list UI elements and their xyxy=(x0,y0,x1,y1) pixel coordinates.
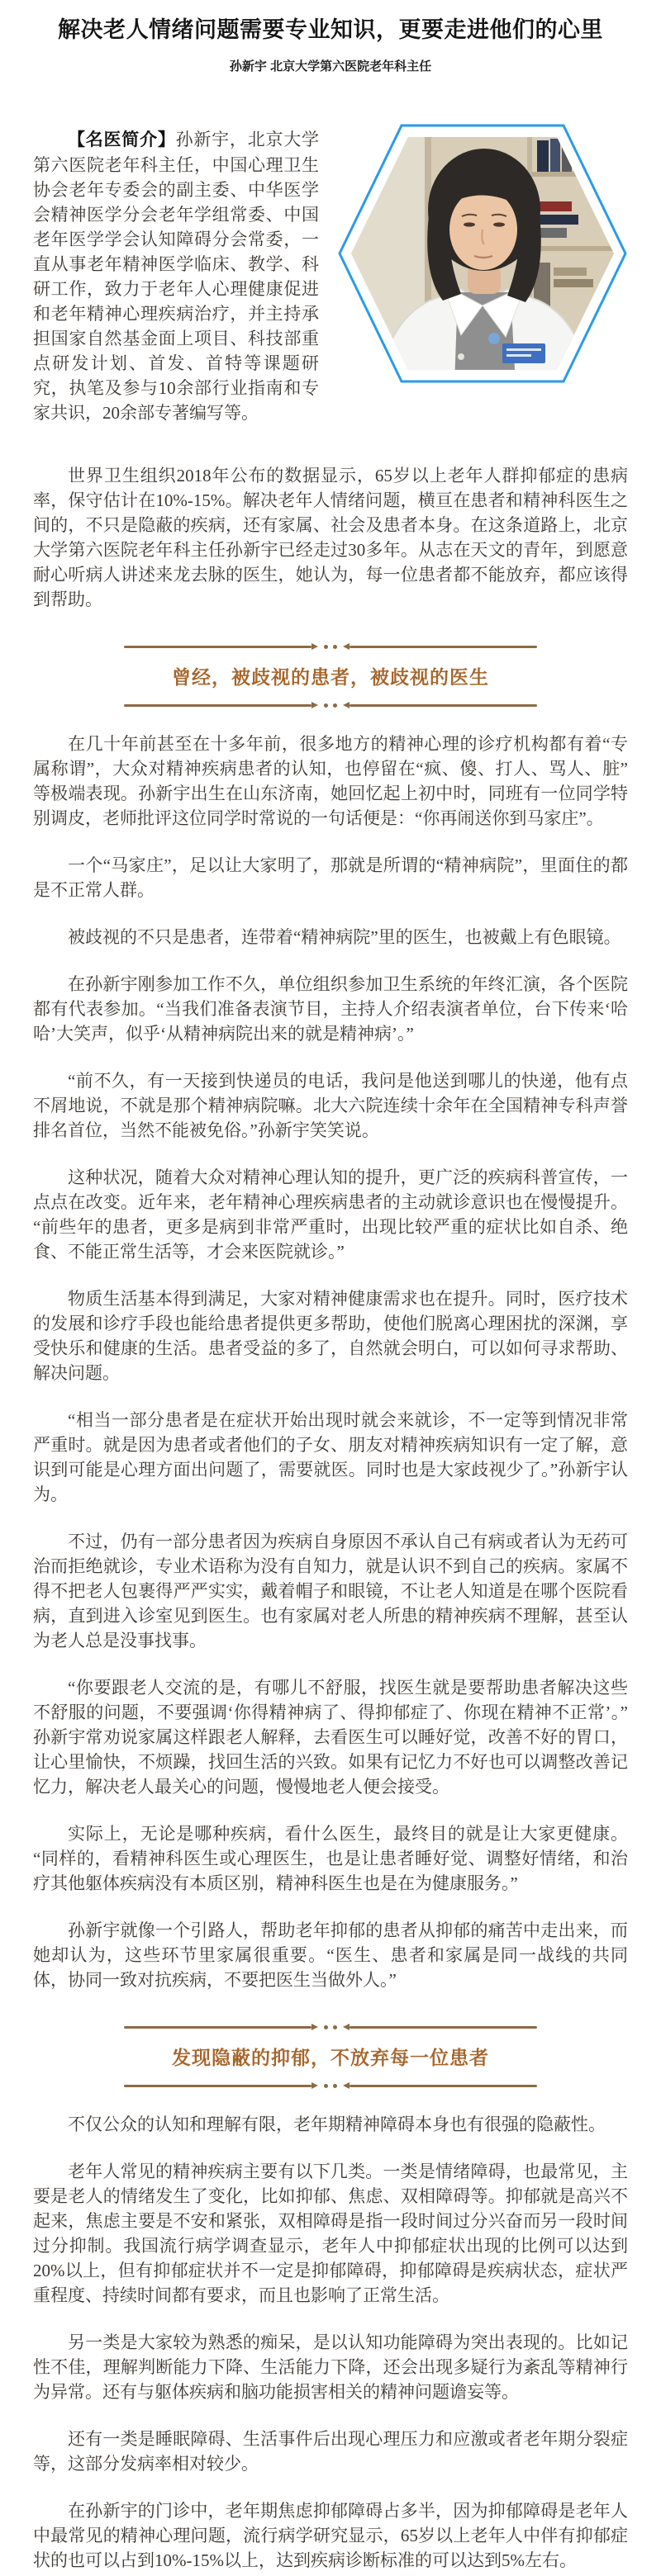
section-divider xyxy=(124,643,537,650)
page-title: 解决老人情绪问题需要专业知识，更要走进他们的心里 xyxy=(33,15,628,45)
paragraph: 物质生活基本得到满足，大家对精神健康需求也在提升。同时，医疗技术的发展和诊疗手段… xyxy=(33,1286,628,1385)
profile-bio-text: 孙新宇，北京大学第六医院老年科主任，中国心理卫生协会老年专委会的副主委、中华医学… xyxy=(33,130,319,423)
section-divider xyxy=(124,2024,537,2030)
divider-tip-icon xyxy=(311,2024,318,2030)
divider-dot-icon xyxy=(324,703,328,708)
divider-tip-icon xyxy=(343,643,350,650)
divider-dot-icon xyxy=(333,703,337,708)
paragraph: 不仅公众的认知和理解有限，老年期精神障碍本身也有很强的隐蔽性。 xyxy=(33,2112,628,2137)
portrait-illustration xyxy=(337,122,628,385)
doctor-portrait-photo xyxy=(337,122,628,385)
divider-line xyxy=(350,646,537,648)
divider-line xyxy=(350,704,537,707)
hexagon-photo-frame xyxy=(337,122,628,385)
paragraph: 在孙新宇刚参加工作不久，单位组织参加卫生系统的年终汇演，各个医院都有代表参加。“… xyxy=(33,972,628,1046)
divider-tip-icon xyxy=(343,702,350,708)
paragraph: 一个“马家庄”，足以让大家明了，那就是所谓的“精神病院”，里面住的都是不正常人群… xyxy=(33,853,628,902)
divider-line xyxy=(350,2085,537,2087)
divider-line xyxy=(124,646,311,648)
paragraph: 在孙新宇的门诊中，老年期焦虑抑郁障碍占多半，因为抑郁障碍是老年人中最常见的精神心… xyxy=(33,2498,628,2573)
paragraph: “相当一部分患者是在症状开始出现时就会来就诊，不一定等到情况非常严重时。就是因为… xyxy=(33,1408,628,1507)
section-heading-block: 发现隐蔽的抑郁，不放弃每一位患者 xyxy=(124,2024,537,2089)
divider-dot-icon xyxy=(324,2025,328,2029)
profile-label: 【名医简介】 xyxy=(68,130,176,149)
paragraph: 这种状况，随着大众对精神心理认知的提升，更广泛的疾病科普宣传，一点点在改变。近年… xyxy=(33,1165,628,1264)
section-title: 曾经，被歧视的患者，被歧视的医生 xyxy=(124,662,537,689)
paragraph: 老年人常见的精神疾病主要有以下几类。一类是情绪障碍，也最常见，主要是老人的情绪发… xyxy=(33,2159,628,2308)
paragraph: “你要跟老人交流的是，有哪儿不舒服，找医生就是要帮助患者解决这些不舒服的问题，不… xyxy=(33,1675,628,1799)
divider-tip-icon xyxy=(311,2082,318,2089)
article-page: { "page": { "title": "解决老人情绪问题需要专业知识，更要走… xyxy=(0,0,661,2576)
section-divider xyxy=(124,2082,537,2089)
article-body: 世界卫生组织2018年公布的数据显示，65岁以上老年人群抑郁症的患病率，保守估计… xyxy=(33,463,628,2573)
paragraph: 在几十年前甚至在十多年前，很多地方的精神心理的诊疗机构都有着“专属称谓”，大众对… xyxy=(33,732,628,831)
paragraph: 不过，仍有一部分患者因为疾病自身原因不承认自己有病或者认为无药可治而拒绝就诊，专… xyxy=(33,1529,628,1653)
divider-line xyxy=(124,2085,311,2087)
paragraph: “前不久，有一天接到快递员的电话，我问是他送到哪儿的快递，他有点不屑地说，不就是… xyxy=(33,1068,628,1143)
paragraph: 还有一类是睡眠障碍、生活事件后出现心理压力和应激或者老年期分裂症等，这部分发病率… xyxy=(33,2427,628,2476)
paragraph: 孙新宇就像一个引路人，帮助老年抑郁的患者从抑郁的痛苦中走出来，而她却认为，这些环… xyxy=(33,1918,628,1992)
divider-tip-icon xyxy=(343,2024,350,2030)
divider-line xyxy=(124,2026,311,2029)
divider-line xyxy=(124,704,311,707)
paragraph: 世界卫生组织2018年公布的数据显示，65岁以上老年人群抑郁症的患病率，保守估计… xyxy=(33,463,628,612)
paragraph: 实际上，无论是哪种疾病，看什么医生，最终目的就是让大家更健康。“同样的，看精神科… xyxy=(33,1821,628,1896)
divider-line xyxy=(350,2026,537,2029)
divider-dot-icon xyxy=(324,645,328,649)
paragraph: 被歧视的不只是患者，连带着“精神病院”里的医生，也被戴上有色眼镜。 xyxy=(33,925,628,949)
paragraph: 另一类是大家较为熟悉的痴呆，是以认知功能障碍为突出表现的。比如记性不佳，理解判断… xyxy=(33,2330,628,2404)
divider-tip-icon xyxy=(311,702,318,708)
divider-dot-icon xyxy=(333,2025,337,2029)
divider-dot-icon xyxy=(333,645,337,649)
divider-dot-icon xyxy=(324,2084,328,2088)
profile-section: 【名医简介】孙新宇，北京大学第六医院老年科主任，中国心理卫生协会老年专委会的副主… xyxy=(33,127,628,425)
divider-dot-icon xyxy=(333,2084,337,2088)
section-title: 发现隐蔽的抑郁，不放弃每一位患者 xyxy=(124,2043,537,2070)
divider-tip-icon xyxy=(343,2082,350,2089)
section-divider xyxy=(124,702,537,708)
byline: 孙新宇 北京大学第六医院老年科主任 xyxy=(33,57,628,74)
divider-tip-icon xyxy=(311,643,318,650)
section-heading-block: 曾经，被歧视的患者，被歧视的医生 xyxy=(124,643,537,708)
